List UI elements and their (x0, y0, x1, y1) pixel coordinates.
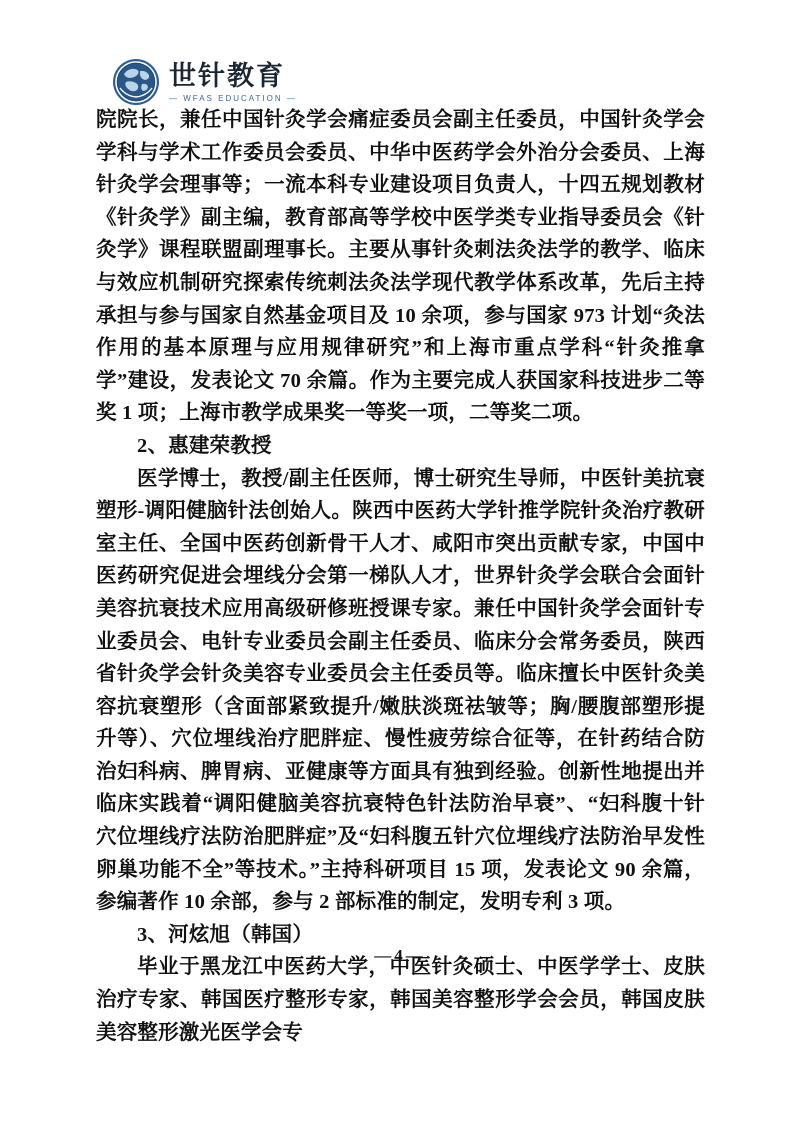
brand-subtitle: — WFAS EDUCATION — (169, 93, 297, 104)
document-body: 院院长，兼任中国针灸学会痛症委员会副主任委员，中国针灸学会学科与学术工作委员会委… (96, 104, 705, 1049)
paragraph: 毕业于黑龙江中医药大学，中医针灸硕士、中医学学士、皮肤治疗专家、韩国医疗整形专家… (96, 951, 705, 1049)
brand-name: 世针教育 (169, 61, 297, 91)
page-number: —4— (0, 946, 800, 966)
brand-logo: 世针教育 — WFAS EDUCATION — (112, 58, 297, 106)
document-page: 世针教育 — WFAS EDUCATION — 院院长，兼任中国针灸学会痛症委员… (0, 0, 800, 1133)
section-heading: 2、惠建荣教授 (96, 430, 705, 463)
globe-icon (112, 58, 160, 106)
paragraph: 院院长，兼任中国针灸学会痛症委员会副主任委员，中国针灸学会学科与学术工作委员会委… (96, 104, 705, 430)
paragraph: 医学博士，教授/副主任医师，博士研究生导师，中医针美抗衰塑形-调阳健脑针法创始人… (96, 463, 705, 919)
brand-text: 世针教育 — WFAS EDUCATION — (169, 61, 297, 104)
